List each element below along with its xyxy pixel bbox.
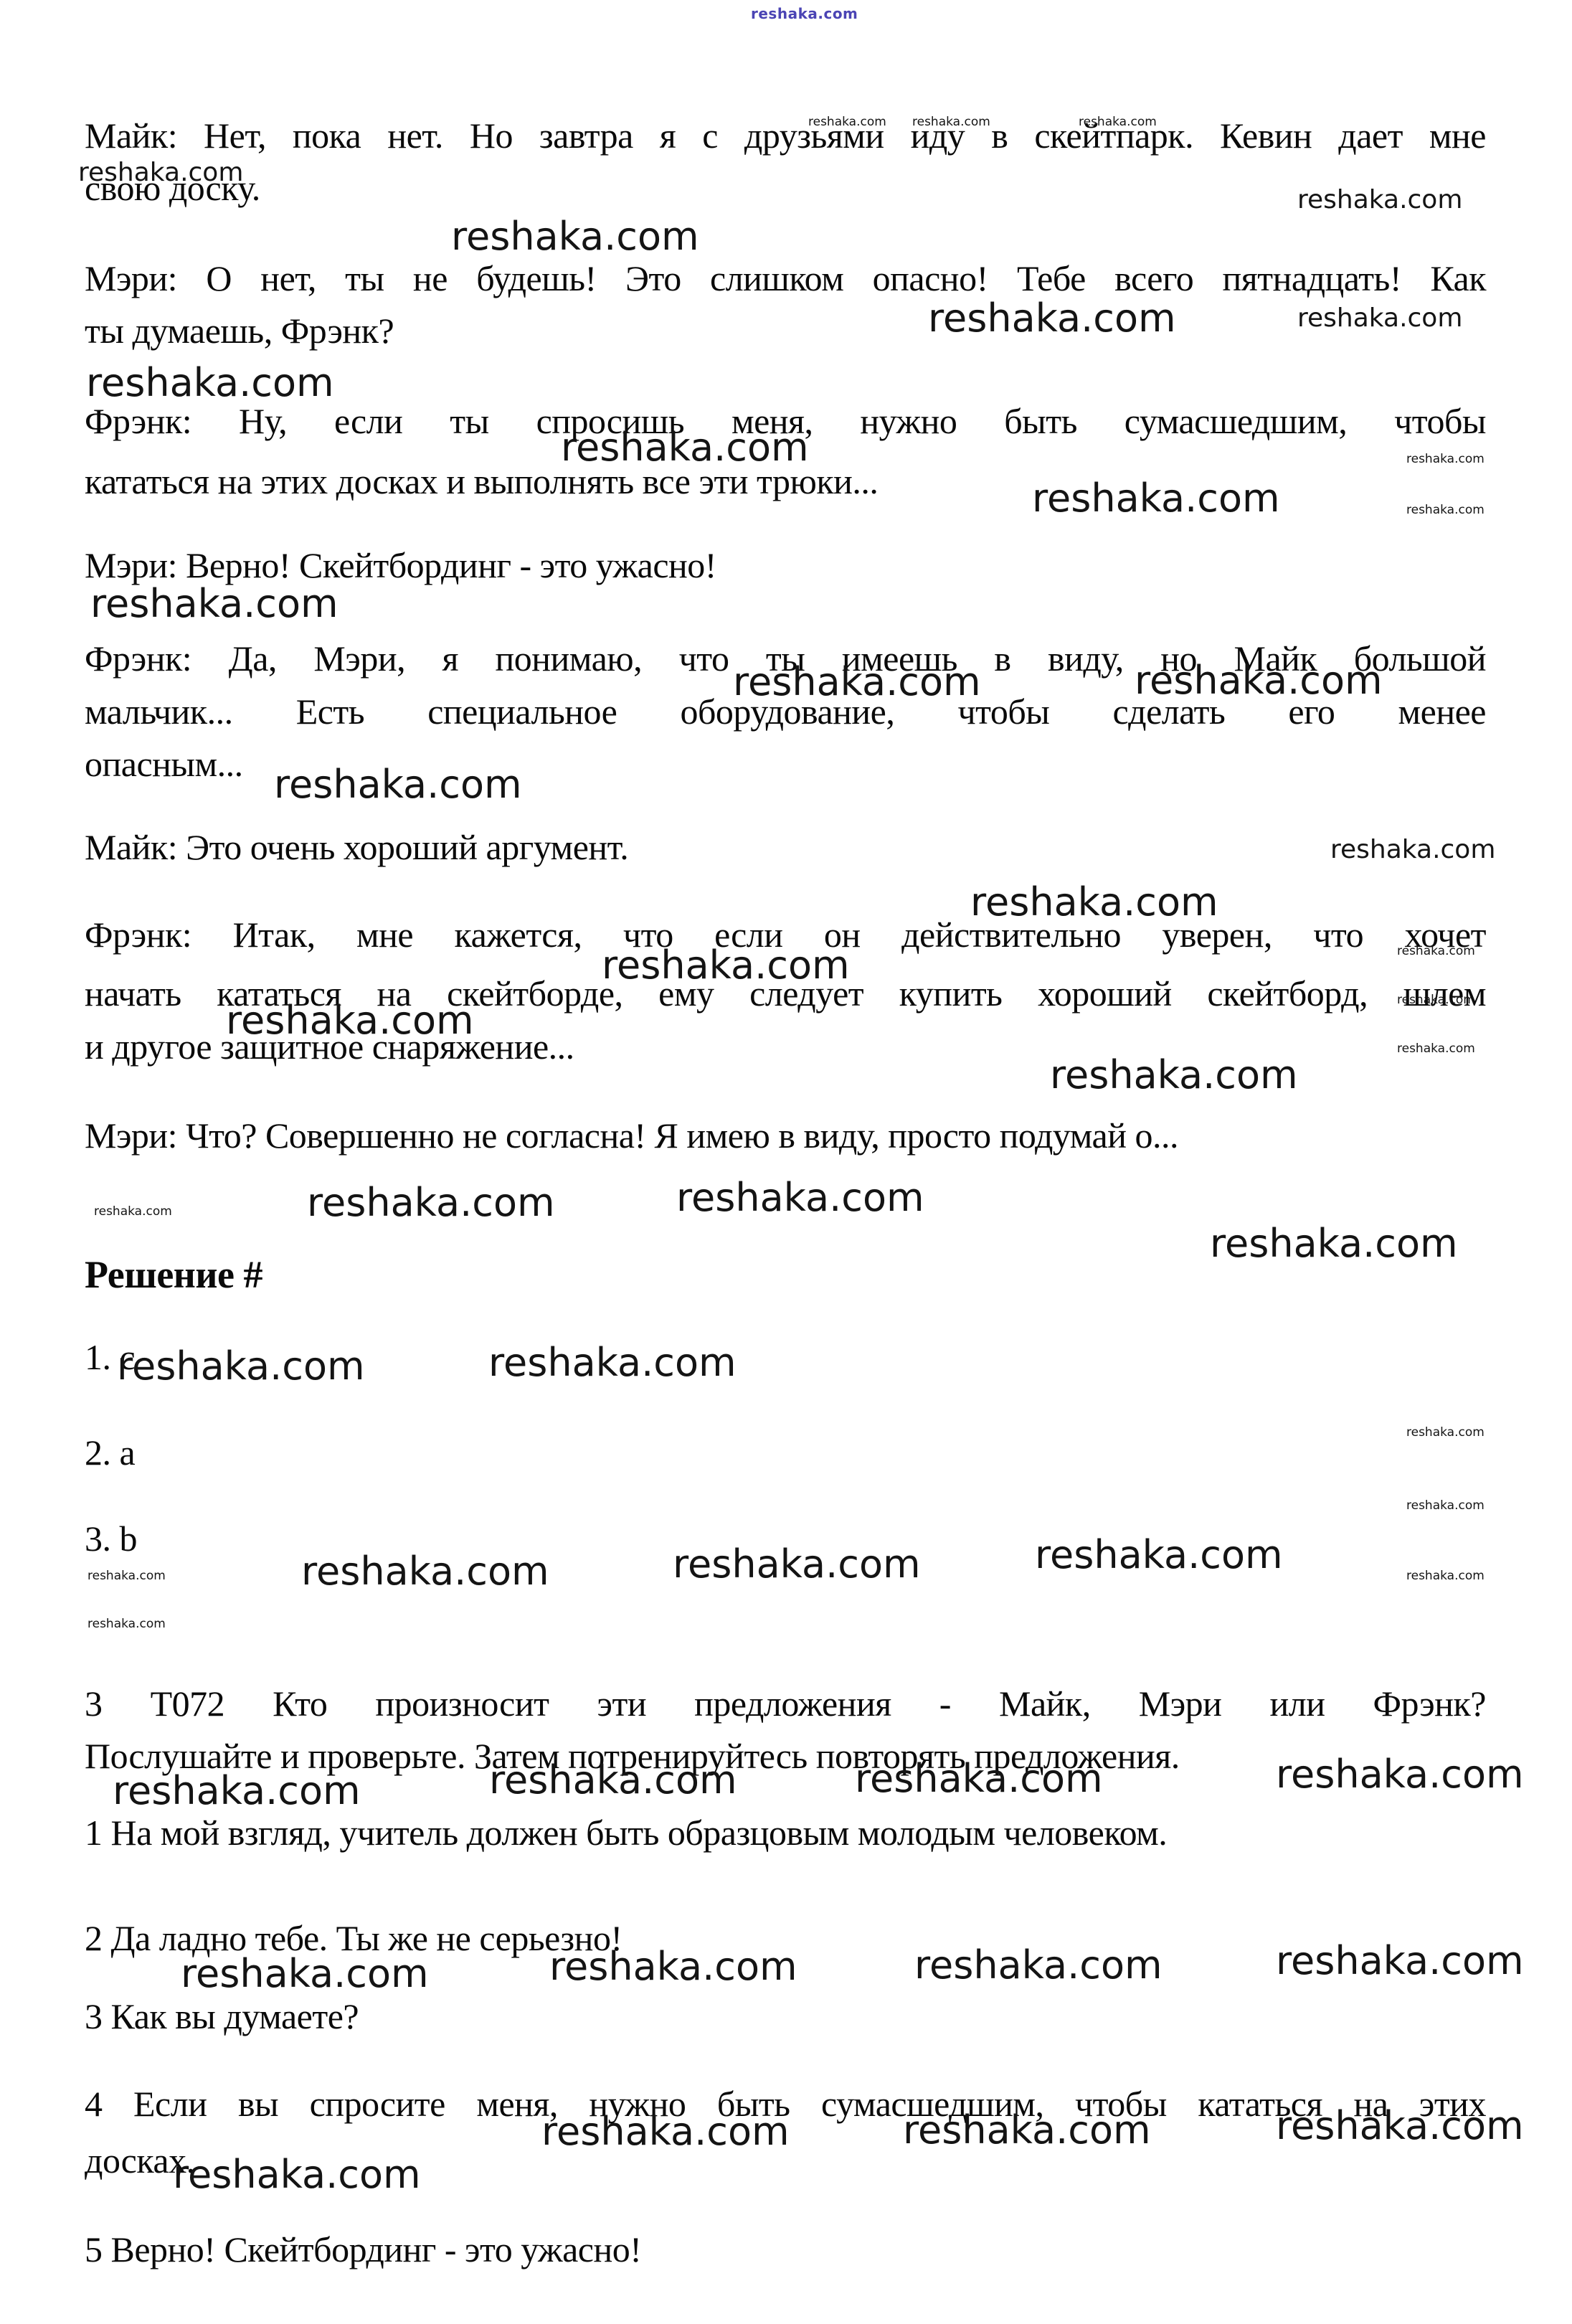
watermark-tc-1: reshaka.com (751, 5, 858, 22)
text-line-15: Мэри: Что? Совершенно не согласна! Я име… (85, 1116, 1486, 1156)
watermark-lg-48: reshaka.com (1276, 1938, 1524, 1983)
watermark-lg-51: reshaka.com (1276, 2103, 1524, 2148)
watermark-sm-25: reshaka.com (1397, 1041, 1475, 1056)
watermark-lg-28: reshaka.com (307, 1180, 555, 1225)
watermark-lg-7: reshaka.com (451, 214, 699, 259)
text-line-20: 3 Т072 Кто произносит эти предложения - … (85, 1684, 1486, 1724)
watermark-sm-3: reshaka.com (912, 115, 990, 129)
watermark-lg-22: reshaka.com (602, 943, 850, 988)
watermark-lg-46: reshaka.com (549, 1944, 797, 1989)
watermark-lg-30: reshaka.com (1210, 1221, 1458, 1266)
watermark-lg-45: reshaka.com (181, 1951, 429, 1996)
watermark-lg-29: reshaka.com (676, 1175, 924, 1220)
watermark-md-6: reshaka.com (1297, 185, 1462, 214)
watermark-lg-31: reshaka.com (117, 1343, 365, 1389)
watermark-lg-37: reshaka.com (1035, 1532, 1283, 1577)
watermark-md-5: reshaka.com (78, 158, 243, 187)
watermark-lg-47: reshaka.com (914, 1942, 1163, 1988)
text-line-2: свою доску. (85, 169, 1486, 208)
watermark-lg-43: reshaka.com (855, 1756, 1103, 1801)
watermark-lg-52: reshaka.com (173, 2152, 421, 2197)
watermark-md-19: reshaka.com (1330, 835, 1495, 864)
watermark-lg-16: reshaka.com (733, 659, 981, 704)
text-line-18: 2. a (85, 1433, 1486, 1473)
watermark-sm-21: reshaka.com (1397, 944, 1475, 958)
watermark-lg-18: reshaka.com (274, 762, 522, 807)
watermark-lg-10: reshaka.com (86, 360, 334, 405)
watermark-sm-23: reshaka.com (1397, 993, 1475, 1007)
watermark-md-9: reshaka.com (1297, 303, 1462, 333)
watermark-lg-32: reshaka.com (488, 1340, 737, 1385)
text-line-3: Мэри: О нет, ты не будешь! Это слишком о… (85, 259, 1486, 298)
watermark-lg-24: reshaka.com (226, 998, 474, 1043)
watermark-lg-8: reshaka.com (928, 296, 1176, 341)
watermark-lg-36: reshaka.com (673, 1541, 921, 1587)
text-line-11: Майк: Это очень хороший аргумент. (85, 828, 1486, 867)
watermark-lg-17: reshaka.com (1135, 658, 1383, 703)
text-line-22: 1 На мой взгляд, учитель должен быть обр… (85, 1813, 1486, 1853)
watermark-lg-44: reshaka.com (1276, 1752, 1524, 1797)
watermark-lg-49: reshaka.com (541, 2109, 790, 2154)
text-line-4: ты думаешь, Фрэнк? (85, 311, 1486, 351)
watermark-lg-50: reshaka.com (903, 2107, 1151, 2153)
watermark-lg-11: reshaka.com (561, 425, 809, 470)
watermark-sm-14: reshaka.com (1406, 503, 1485, 517)
watermark-sm-34: reshaka.com (1406, 1498, 1485, 1513)
watermark-lg-35: reshaka.com (301, 1549, 549, 1594)
document-page: Майк: Нет, пока нет. Но завтра я с друзь… (0, 0, 1572, 2324)
watermark-lg-15: reshaka.com (90, 581, 338, 626)
watermark-sm-33: reshaka.com (1406, 1425, 1485, 1440)
watermark-lg-42: reshaka.com (489, 1757, 737, 1803)
watermark-sm-2: reshaka.com (808, 115, 886, 129)
text-line-24: 3 Как вы думаете? (85, 1997, 1486, 2036)
text-line-27: 5 Верно! Скейтбординг - это ужасно! (85, 2230, 1486, 2269)
watermark-sm-39: reshaka.com (1406, 1569, 1485, 1583)
watermark-lg-26: reshaka.com (1050, 1052, 1298, 1097)
text-line-7: Мэри: Верно! Скейтбординг - это ужасно! (85, 546, 1486, 585)
watermark-lg-41: reshaka.com (113, 1768, 361, 1813)
watermark-lg-20: reshaka.com (970, 879, 1218, 925)
watermark-sm-12: reshaka.com (1406, 452, 1485, 466)
text-line-1: Майк: Нет, пока нет. Но завтра я с друзь… (85, 116, 1486, 156)
watermark-sm-4: reshaka.com (1079, 115, 1157, 129)
watermark-sm-38: reshaka.com (87, 1569, 166, 1583)
watermark-sm-40: reshaka.com (87, 1617, 166, 1631)
watermark-sm-27: reshaka.com (94, 1204, 172, 1219)
watermark-lg-13: reshaka.com (1032, 476, 1280, 521)
